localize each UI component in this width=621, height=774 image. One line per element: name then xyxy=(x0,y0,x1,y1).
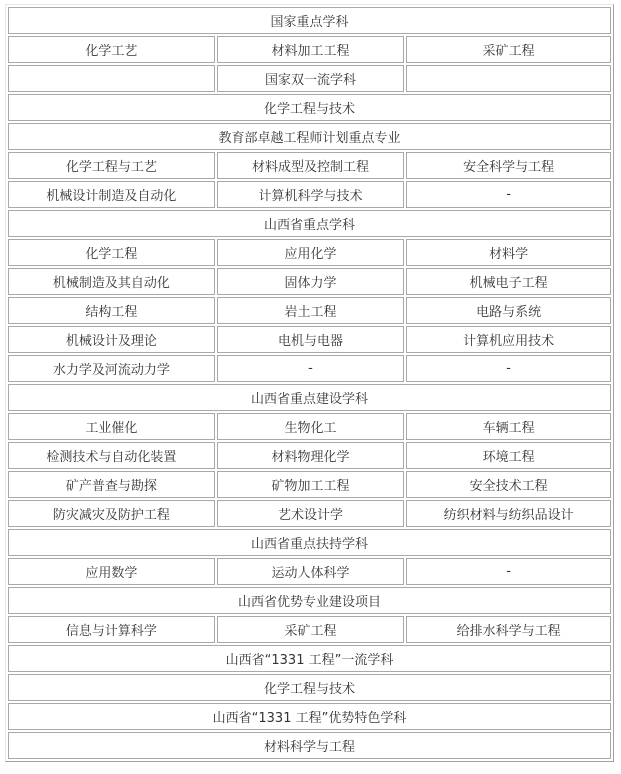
discipline-cell: 采矿工程 xyxy=(217,616,405,643)
discipline-cell: 矿物加工工程 xyxy=(217,471,405,498)
discipline-table: 国家重点学科化学工艺材料加工工程采矿工程国家双一流学科化学工程与技术教育部卓越工… xyxy=(5,4,614,762)
table-row: 机械设计制造及自动化计算机科学与技术- xyxy=(8,181,611,208)
table-row: 国家双一流学科 xyxy=(8,65,611,92)
category-heading: 化学工程与技术 xyxy=(8,674,611,701)
table-row: 化学工艺材料加工工程采矿工程 xyxy=(8,36,611,63)
table-row: 工业催化生物化工车辆工程 xyxy=(8,413,611,440)
table-row: 信息与计算科学采矿工程给排水科学与工程 xyxy=(8,616,611,643)
discipline-cell: 固体力学 xyxy=(217,268,405,295)
discipline-cell: - xyxy=(406,181,611,208)
category-heading: 教育部卓越工程师计划重点专业 xyxy=(8,123,611,150)
discipline-table-container: 国家重点学科化学工艺材料加工工程采矿工程国家双一流学科化学工程与技术教育部卓越工… xyxy=(5,4,614,762)
discipline-cell: 机械设计及理论 xyxy=(8,326,215,353)
discipline-table-body: 国家重点学科化学工艺材料加工工程采矿工程国家双一流学科化学工程与技术教育部卓越工… xyxy=(8,7,611,759)
discipline-cell: 矿产普查与勘探 xyxy=(8,471,215,498)
discipline-cell: 电路与系统 xyxy=(406,297,611,324)
discipline-cell: 材料学 xyxy=(406,239,611,266)
category-heading: 山西省重点建设学科 xyxy=(8,384,611,411)
category-row: 山西省重点建设学科 xyxy=(8,384,611,411)
discipline-cell: 运动人体科学 xyxy=(217,558,405,585)
category-row: 山西省重点学科 xyxy=(8,210,611,237)
discipline-cell: 生物化工 xyxy=(217,413,405,440)
discipline-cell xyxy=(406,65,611,92)
category-heading: 山西省重点扶持学科 xyxy=(8,529,611,556)
category-heading: 山西省“1331 工程”优势特色学科 xyxy=(8,703,611,730)
discipline-cell: - xyxy=(217,355,405,382)
category-heading: 山西省优势专业建设项目 xyxy=(8,587,611,614)
discipline-cell: 化学工艺 xyxy=(8,36,215,63)
discipline-cell: 机械电子工程 xyxy=(406,268,611,295)
discipline-cell: 化学工程 xyxy=(8,239,215,266)
discipline-cell: 机械制造及其自动化 xyxy=(8,268,215,295)
discipline-cell: 信息与计算科学 xyxy=(8,616,215,643)
discipline-cell: 艺术设计学 xyxy=(217,500,405,527)
table-row: 防灾减灾及防护工程艺术设计学纺织材料与纺织品设计 xyxy=(8,500,611,527)
discipline-cell: 机械设计制造及自动化 xyxy=(8,181,215,208)
category-row: 山西省“1331 工程”优势特色学科 xyxy=(8,703,611,730)
discipline-cell: 环境工程 xyxy=(406,442,611,469)
discipline-cell: 安全技术工程 xyxy=(406,471,611,498)
discipline-cell: 岩土工程 xyxy=(217,297,405,324)
category-row: 山西省重点扶持学科 xyxy=(8,529,611,556)
discipline-cell: 应用数学 xyxy=(8,558,215,585)
category-row: 山西省“1331 工程”一流学科 xyxy=(8,645,611,672)
category-row: 化学工程与技术 xyxy=(8,94,611,121)
category-heading: 国家重点学科 xyxy=(8,7,611,34)
discipline-cell: 计算机应用技术 xyxy=(406,326,611,353)
discipline-cell: 化学工程与工艺 xyxy=(8,152,215,179)
category-row: 山西省优势专业建设项目 xyxy=(8,587,611,614)
discipline-cell: 结构工程 xyxy=(8,297,215,324)
discipline-cell: 防灾减灾及防护工程 xyxy=(8,500,215,527)
discipline-cell: - xyxy=(406,355,611,382)
discipline-cell: - xyxy=(406,558,611,585)
category-heading: 山西省重点学科 xyxy=(8,210,611,237)
discipline-cell xyxy=(8,65,215,92)
table-row: 水力学及河流动力学-- xyxy=(8,355,611,382)
category-row: 化学工程与技术 xyxy=(8,674,611,701)
discipline-cell: 国家双一流学科 xyxy=(217,65,405,92)
discipline-cell: 水力学及河流动力学 xyxy=(8,355,215,382)
discipline-cell: 纺织材料与纺织品设计 xyxy=(406,500,611,527)
table-row: 机械设计及理论电机与电器计算机应用技术 xyxy=(8,326,611,353)
category-row: 教育部卓越工程师计划重点专业 xyxy=(8,123,611,150)
category-heading: 山西省“1331 工程”一流学科 xyxy=(8,645,611,672)
table-row: 化学工程与工艺材料成型及控制工程安全科学与工程 xyxy=(8,152,611,179)
discipline-cell: 检测技术与自动化装置 xyxy=(8,442,215,469)
discipline-cell: 计算机科学与技术 xyxy=(217,181,405,208)
discipline-cell: 电机与电器 xyxy=(217,326,405,353)
discipline-cell: 工业催化 xyxy=(8,413,215,440)
discipline-cell: 材料加工工程 xyxy=(217,36,405,63)
table-row: 应用数学运动人体科学- xyxy=(8,558,611,585)
category-row: 材料科学与工程 xyxy=(8,732,611,759)
discipline-cell: 给排水科学与工程 xyxy=(406,616,611,643)
category-row: 国家重点学科 xyxy=(8,7,611,34)
discipline-cell: 采矿工程 xyxy=(406,36,611,63)
discipline-cell: 安全科学与工程 xyxy=(406,152,611,179)
discipline-cell: 材料成型及控制工程 xyxy=(217,152,405,179)
discipline-cell: 应用化学 xyxy=(217,239,405,266)
table-row: 化学工程应用化学材料学 xyxy=(8,239,611,266)
discipline-cell: 材料物理化学 xyxy=(217,442,405,469)
table-row: 机械制造及其自动化固体力学机械电子工程 xyxy=(8,268,611,295)
category-heading: 化学工程与技术 xyxy=(8,94,611,121)
category-heading: 材料科学与工程 xyxy=(8,732,611,759)
table-row: 检测技术与自动化装置材料物理化学环境工程 xyxy=(8,442,611,469)
table-row: 矿产普查与勘探矿物加工工程安全技术工程 xyxy=(8,471,611,498)
table-row: 结构工程岩土工程电路与系统 xyxy=(8,297,611,324)
discipline-cell: 车辆工程 xyxy=(406,413,611,440)
